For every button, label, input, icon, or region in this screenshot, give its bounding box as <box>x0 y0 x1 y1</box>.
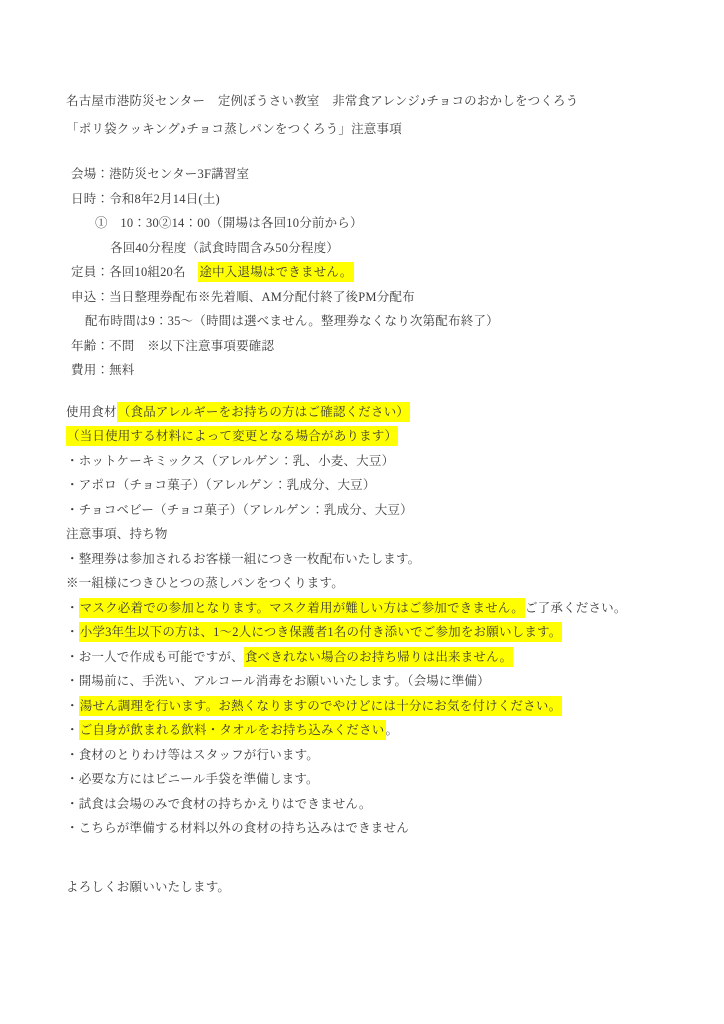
highlighted-text: ご自身が飲まれる飲料・タオルをお持ち込みください <box>79 720 386 740</box>
text-line: 「ポリ袋クッキング♪チョコ蒸しパンをつくろう」注意事項 <box>66 116 676 144</box>
text-segment: ・必要な方にはビニール手袋を準備します。 <box>66 769 319 789</box>
text-line: 会場：港防災センター3F講習室 <box>71 162 676 187</box>
text-segment: 申込：当日整理券配布※先着順、AM分配付終了後PM分配布 <box>71 287 415 307</box>
text-line: ・開場前に、手洗い、アルコール消毒をお願いいたします。（会場に準備） <box>66 669 676 694</box>
document-title: 名古屋市港防災センター 定例ぼうさい教室 非常食アレンジ♪チョコのおかしをつくろ… <box>66 88 676 143</box>
text-line: 年齢：不問 ※以下注意事項要確認 <box>71 334 676 359</box>
text-line: ・小学3年生以下の方は、1～2人につき保護者1名の付き添いでご参加をお願いします… <box>66 620 676 645</box>
text-segment: 各回40分程度（試食時間含み50分程度） <box>110 238 339 258</box>
text-line: 使用食材（食品アレルギーをお持ちの方はご確認ください） <box>66 400 676 425</box>
ingredients-section: 使用食材（食品アレルギーをお持ちの方はご確認ください）（当日使用する材料によって… <box>66 400 676 523</box>
text-line: ① 10：30②14：00（開場は各回10分前から） <box>71 211 676 236</box>
text-segment: ・こちらが準備する材料以外の食材の持ち込みはできません <box>66 818 409 838</box>
highlighted-text: マスク必着での参加となります。マスク着用が難しい方はご参加できません。 <box>79 598 525 618</box>
text-segment: ・試食は会場のみで食材の持ちかえりはできません。 <box>66 794 372 814</box>
text-segment: 年齢：不問 ※以下注意事項要確認 <box>71 336 274 356</box>
highlighted-text: （食品アレルギーをお持ちの方はご確認ください） <box>117 402 410 422</box>
text-line: 配布時間は9：35～（時間は選べません。整理券なくなり次第配布終了） <box>71 309 676 334</box>
event-info-section: 会場：港防災センター3F講習室日時：令和8年2月14日(土)① 10：30②14… <box>66 162 676 383</box>
document-page: 名古屋市港防災センター 定例ぼうさい教室 非常食アレンジ♪チョコのおかしをつくろ… <box>0 0 724 1024</box>
text-segment: ・チョコベビー（チョコ菓子）（アレルゲン：乳成分、大豆） <box>66 500 413 520</box>
text-line: ・整理券は参加されるお客様一組につき一枚配布いたします。 <box>66 547 676 572</box>
text-line: （当日使用する材料によって変更となる場合があります） <box>66 424 676 449</box>
text-segment: 注意事項、持ち物 <box>66 524 168 544</box>
text-segment: ・ <box>66 622 79 642</box>
text-line: ・湯せん調理を行います。お熱くなりますのでやけどには十分にお気を付けください。 <box>66 694 676 719</box>
text-segment: ・食材のとりわけ等はスタッフが行います。 <box>66 745 319 765</box>
text-segment: 日時：令和8年2月14日(土) <box>71 189 220 209</box>
text-line: ※一組様につきひとつの蒸しパンをつくります。 <box>66 571 676 596</box>
text-line: ・こちらが準備する材料以外の食材の持ち込みはできません <box>66 816 676 841</box>
notes-section: 注意事項、持ち物・整理券は参加されるお客様一組につき一枚配布いたします。※一組様… <box>66 522 676 841</box>
text-line: ・必要な方にはビニール手袋を準備します。 <box>66 767 676 792</box>
text-segment: ・整理券は参加されるお客様一組につき一枚配布いたします。 <box>66 549 420 569</box>
highlighted-text: 小学3年生以下の方は、1～2人につき保護者1名の付き添いでご参加をお願いします。 <box>79 622 563 642</box>
text-line: 名古屋市港防災センター 定例ぼうさい教室 非常食アレンジ♪チョコのおかしをつくろ… <box>66 88 676 116</box>
text-segment: 費用：無料 <box>71 360 135 380</box>
text-segment: ① 10：30②14：00（開場は各回10分前から） <box>95 213 363 233</box>
text-segment: ・開場前に、手洗い、アルコール消毒をお願いいたします。（会場に準備） <box>66 671 490 691</box>
text-segment: 会場：港防災センター3F講習室 <box>71 164 249 184</box>
text-line: 費用：無料 <box>71 358 676 383</box>
closing-line: よろしくお願いいたします。 <box>66 875 676 900</box>
text-segment: 。 <box>386 720 399 740</box>
text-segment: ・ <box>66 598 79 618</box>
text-segment: ・ <box>66 720 79 740</box>
text-segment: ・お一人で作成も可能ですが、 <box>66 647 244 667</box>
text-segment: ・アポロ（チョコ菓子）（アレルゲン：乳成分、大豆） <box>66 475 376 495</box>
text-segment: 名古屋市港防災センター 定例ぼうさい教室 非常食アレンジ♪チョコのおかしをつくろ… <box>66 91 578 111</box>
highlighted-text: 食べきれない場合のお持ち帰りは出来ません。 <box>244 647 513 667</box>
text-line: 日時：令和8年2月14日(土) <box>71 187 676 212</box>
text-segment: ※一組様につきひとつの蒸しパンをつくります。 <box>66 573 344 593</box>
highlighted-text: （当日使用する材料によって変更となる場合があります） <box>66 426 398 446</box>
text-segment: 使用食材 <box>66 402 117 422</box>
text-segment: ・ホットケーキミックス（アレルゲン：乳、小麦、大豆） <box>66 451 394 471</box>
text-line: ・食材のとりわけ等はスタッフが行います。 <box>66 743 676 768</box>
document-content: 名古屋市港防災センター 定例ぼうさい教室 非常食アレンジ♪チョコのおかしをつくろ… <box>0 0 724 899</box>
text-segment: 配布時間は9：35～（時間は選べません。整理券なくなり次第配布終了） <box>85 311 499 331</box>
text-line: ・ホットケーキミックス（アレルゲン：乳、小麦、大豆） <box>66 449 676 474</box>
highlighted-text: 湯せん調理を行います。お熱くなりますのでやけどには十分にお気を付けください。 <box>79 696 563 716</box>
text-segment: ・ <box>66 696 79 716</box>
text-line: 定員：各回10組20名 途中入退場はできません。 <box>71 260 676 285</box>
text-line: ・チョコベビー（チョコ菓子）（アレルゲン：乳成分、大豆） <box>66 498 676 523</box>
text-line: 各回40分程度（試食時間含み50分程度） <box>71 236 676 261</box>
text-line: ・マスク必着での参加となります。マスク着用が難しい方はご参加できません。ご了承く… <box>66 596 676 621</box>
text-line: ・アポロ（チョコ菓子）（アレルゲン：乳成分、大豆） <box>66 473 676 498</box>
text-segment: 定員：各回10組20名 <box>71 262 198 282</box>
text-line: ・ご自身が飲まれる飲料・タオルをお持ち込みください。 <box>66 718 676 743</box>
text-line: ・試食は会場のみで食材の持ちかえりはできません。 <box>66 792 676 817</box>
text-line: 注意事項、持ち物 <box>66 522 676 547</box>
text-segment: 「ポリ袋クッキング♪チョコ蒸しパンをつくろう」注意事項 <box>66 119 402 139</box>
text-segment: ご了承ください。 <box>525 598 627 618</box>
text-line: 申込：当日整理券配布※先着順、AM分配付終了後PM分配布 <box>71 285 676 310</box>
highlighted-text: 途中入退場はできません。 <box>198 262 353 282</box>
text-line: ・お一人で作成も可能ですが、食べきれない場合のお持ち帰りは出来ません。 <box>66 645 676 670</box>
